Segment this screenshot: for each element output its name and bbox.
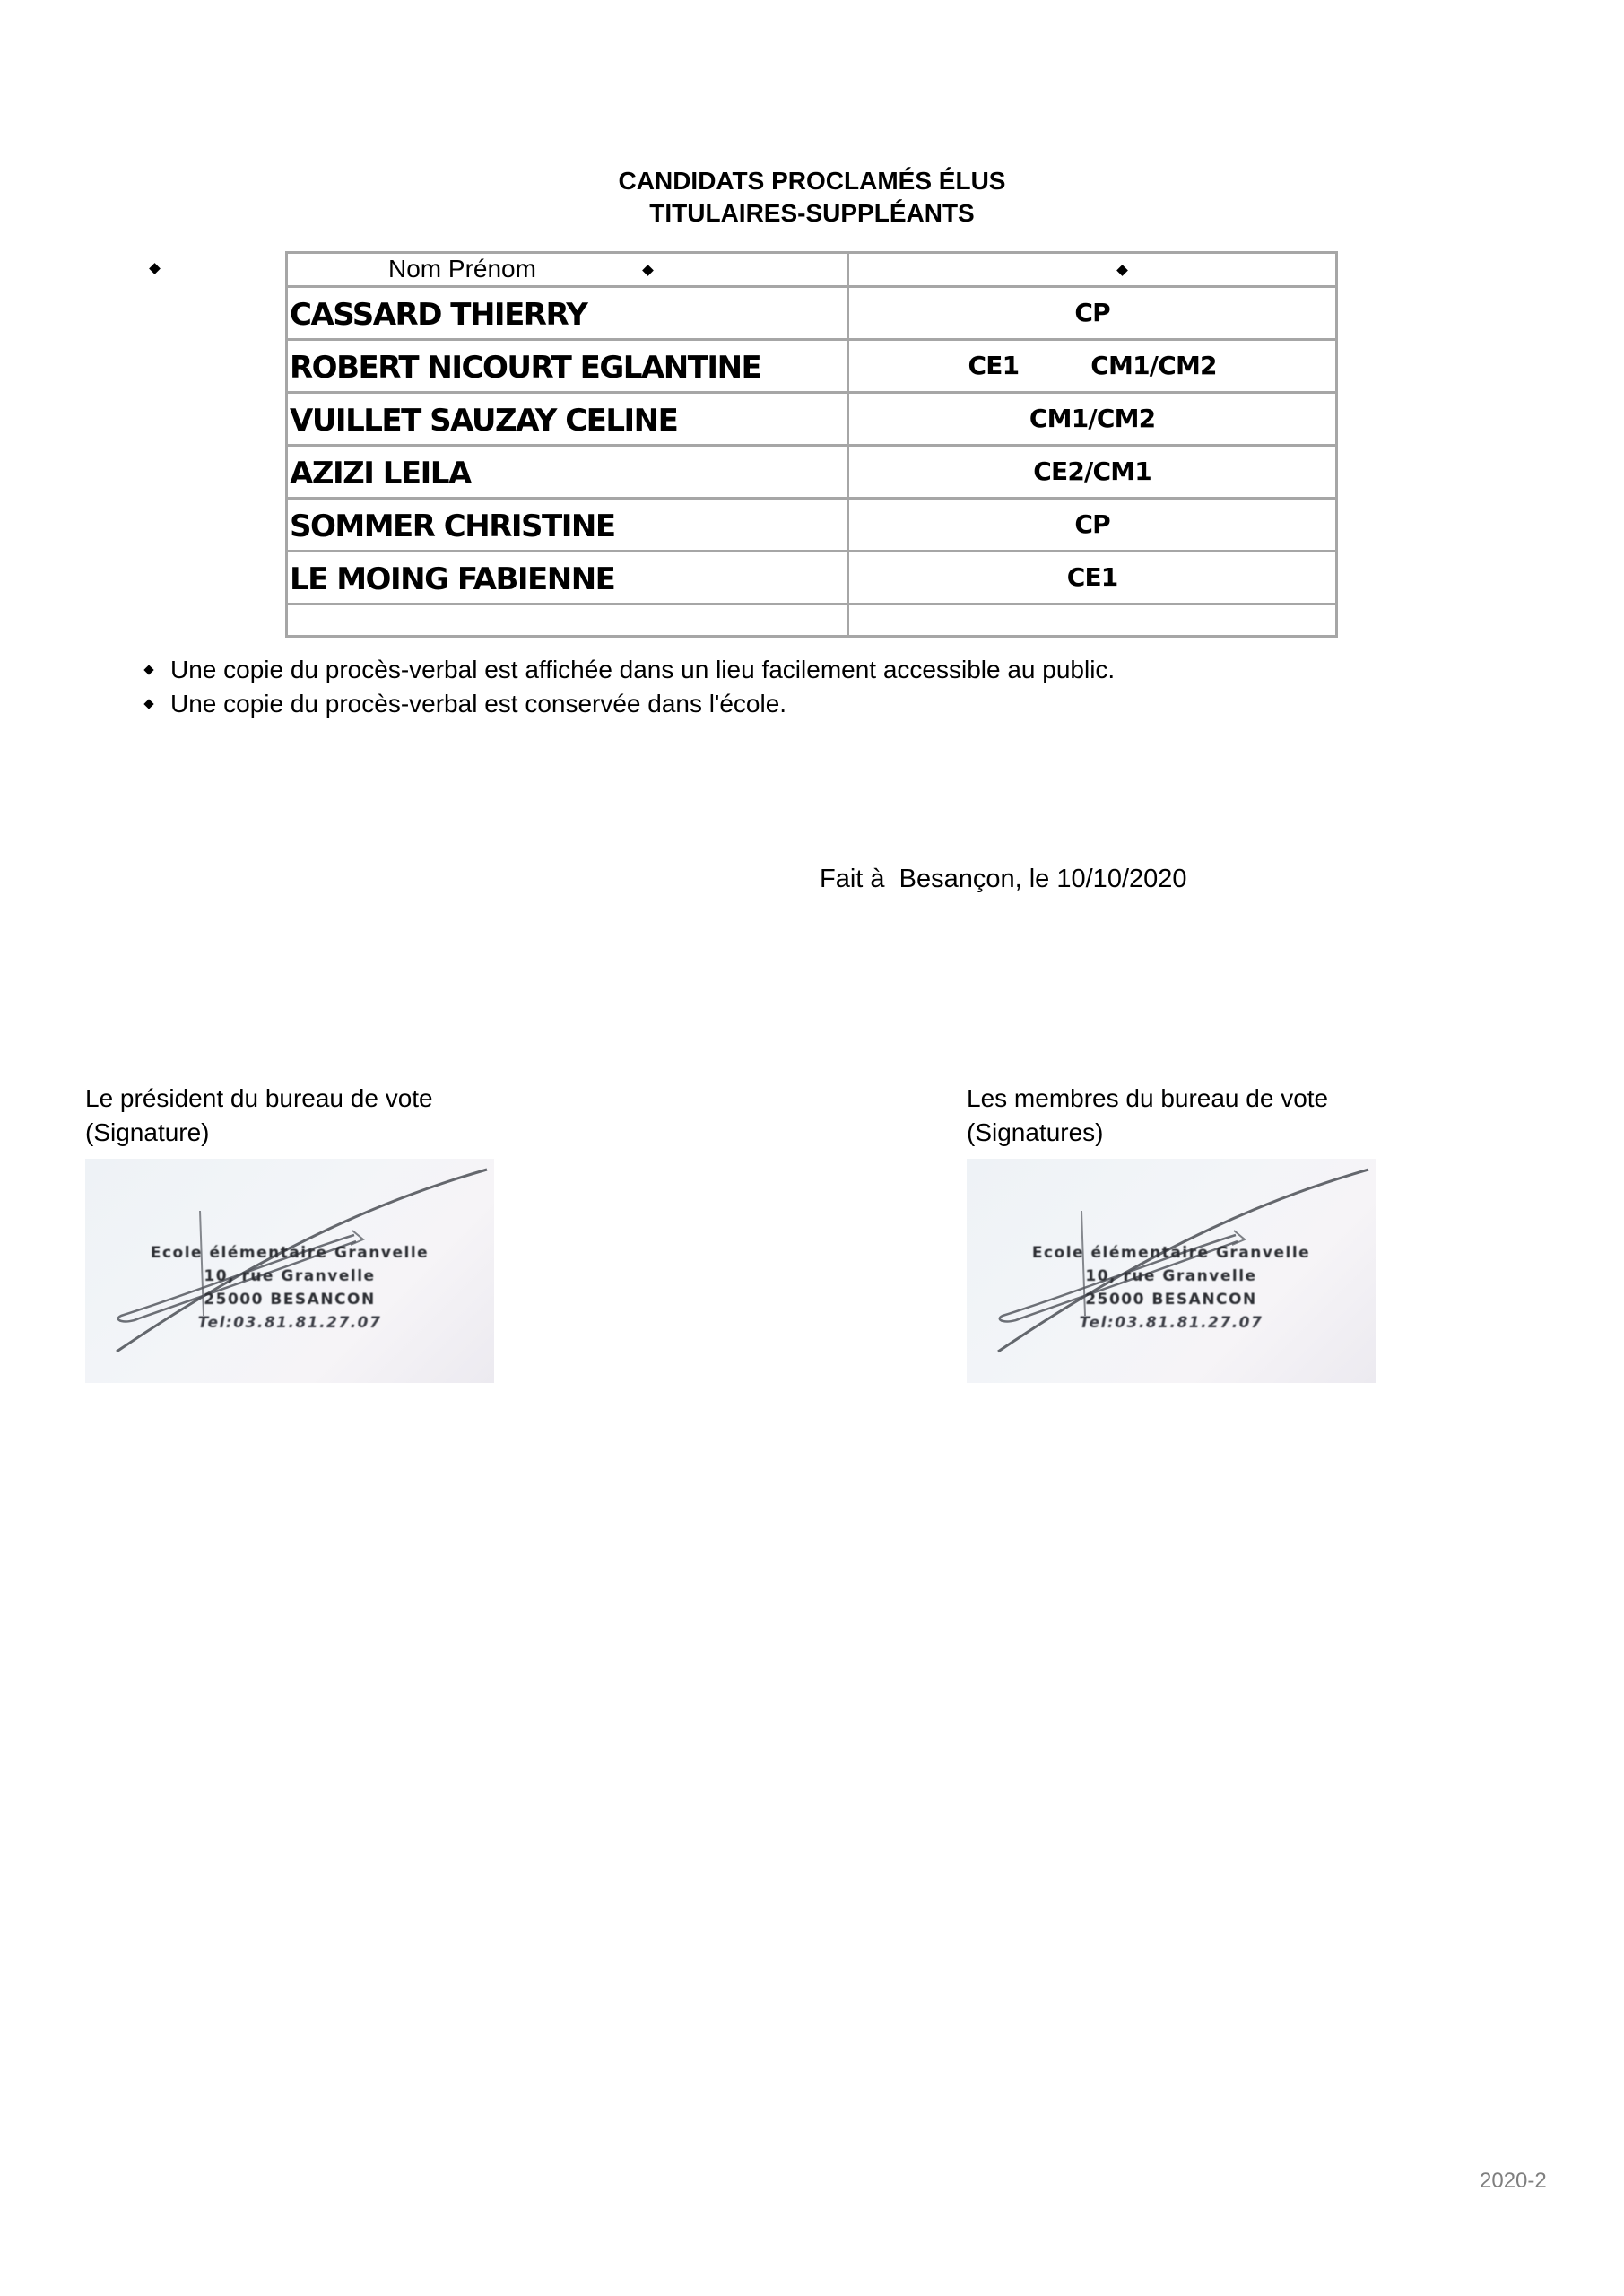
table-row: ROBERT NICOURT EGLANTINECE1CM1/CM2 xyxy=(287,340,1337,393)
elected-candidates-table: Nom Prénom CASSARD THIERRYCPROBERT NICOU… xyxy=(285,251,1338,638)
title-line-2: TITULAIRES-SUPPLÉANTS xyxy=(0,197,1624,230)
class-label: CP xyxy=(1074,509,1109,539)
table-header-row: Nom Prénom xyxy=(287,253,1337,287)
note-item: Une copie du procès-verbal est affichée … xyxy=(143,653,1115,687)
candidate-name-cell: AZIZI LEILA xyxy=(287,446,848,499)
stamp-text: Ecole élémentaire Granvelle 10, rue Gran… xyxy=(85,1241,494,1335)
class-label: CE2/CM1 xyxy=(1033,457,1151,486)
president-label: Le président du bureau de vote xyxy=(85,1082,494,1116)
table-row: CASSARD THIERRYCP xyxy=(287,287,1337,340)
table-row: LE MOING FABIENNECE1 xyxy=(287,552,1337,604)
candidate-class-cell: CM1/CM2 xyxy=(848,393,1337,446)
class-label: CP xyxy=(1074,298,1109,327)
note-text: Une copie du procès-verbal est conservée… xyxy=(170,690,786,717)
members-label: Les membres du bureau de vote xyxy=(967,1082,1376,1116)
header-name-cell: Nom Prénom xyxy=(287,253,848,287)
candidate-name-cell: LE MOING FABIENNE xyxy=(287,552,848,604)
members-sublabel: (Signatures) xyxy=(967,1116,1376,1150)
members-signature-block: Les membres du bureau de vote (Signature… xyxy=(967,1082,1376,1383)
candidate-name-cell: CASSARD THIERRY xyxy=(287,287,848,340)
candidate-name-cell xyxy=(287,604,848,637)
president-sublabel: (Signature) xyxy=(85,1116,494,1150)
stamp-line-1: Ecole élémentaire Granvelle xyxy=(85,1241,494,1265)
class-label: CE1 xyxy=(1067,562,1118,592)
table-row: VUILLET SAUZAY CELINECM1/CM2 xyxy=(287,393,1337,446)
diamond-bullet-icon xyxy=(143,699,153,709)
candidate-name-cell: SOMMER CHRISTINE xyxy=(287,499,848,552)
place-date: Fait à Besançon, le 10/10/2020 xyxy=(820,865,1187,894)
class-label: CM1/CM2 xyxy=(1029,404,1155,433)
title-line-1: CANDIDATS PROCLAMÉS ÉLUS xyxy=(0,165,1624,197)
document-title: CANDIDATS PROCLAMÉS ÉLUS TITULAIRES-SUPP… xyxy=(0,165,1624,230)
stamp-line-2: 10, rue Granvelle xyxy=(85,1265,494,1288)
president-signature-block: Le président du bureau de vote (Signatur… xyxy=(85,1082,494,1383)
table-row: SOMMER CHRISTINECP xyxy=(287,499,1337,552)
stamp-line-2: 10, rue Granvelle xyxy=(967,1265,1376,1288)
class-label: CM1/CM2 xyxy=(1090,351,1216,380)
school-stamp-signature-image: Ecole élémentaire Granvelle 10, rue Gran… xyxy=(967,1159,1376,1383)
header-name-label: Nom Prénom xyxy=(388,254,536,284)
diamond-bullet-icon xyxy=(642,265,654,276)
table-row xyxy=(287,604,1337,637)
diamond-bullet-icon xyxy=(149,263,161,274)
table-row: AZIZI LEILACE2/CM1 xyxy=(287,446,1337,499)
stamp-line-1: Ecole élémentaire Granvelle xyxy=(967,1241,1376,1265)
stamp-line-3: 25000 BESANCON xyxy=(967,1288,1376,1311)
candidate-class-cell: CP xyxy=(848,499,1337,552)
header-class-cell xyxy=(848,253,1337,287)
note-item: Une copie du procès-verbal est conservée… xyxy=(143,687,1115,721)
school-stamp-signature-image: Ecole élémentaire Granvelle 10, rue Gran… xyxy=(85,1159,494,1383)
note-text: Une copie du procès-verbal est affichée … xyxy=(170,656,1115,683)
notes-list: Une copie du procès-verbal est affichée … xyxy=(143,653,1115,721)
candidate-name-cell: VUILLET SAUZAY CELINE xyxy=(287,393,848,446)
diamond-bullet-icon xyxy=(1116,265,1128,276)
stamp-text: Ecole élémentaire Granvelle 10, rue Gran… xyxy=(967,1241,1376,1335)
candidate-class-cell xyxy=(848,604,1337,637)
candidate-class-cell: CE1 xyxy=(848,552,1337,604)
candidate-class-cell: CE1CM1/CM2 xyxy=(848,340,1337,393)
page-number: 2020-2 xyxy=(1480,2169,1547,2194)
class-label: CE1 xyxy=(968,351,1020,380)
stamp-line-4: Tel:03.81.81.27.07 xyxy=(85,1311,494,1335)
candidate-name-cell: ROBERT NICOURT EGLANTINE xyxy=(287,340,848,393)
candidate-class-cell: CE2/CM1 xyxy=(848,446,1337,499)
candidate-class-cell: CP xyxy=(848,287,1337,340)
stamp-line-4: Tel:03.81.81.27.07 xyxy=(967,1311,1376,1335)
diamond-bullet-icon xyxy=(143,665,153,674)
stamp-line-3: 25000 BESANCON xyxy=(85,1288,494,1311)
